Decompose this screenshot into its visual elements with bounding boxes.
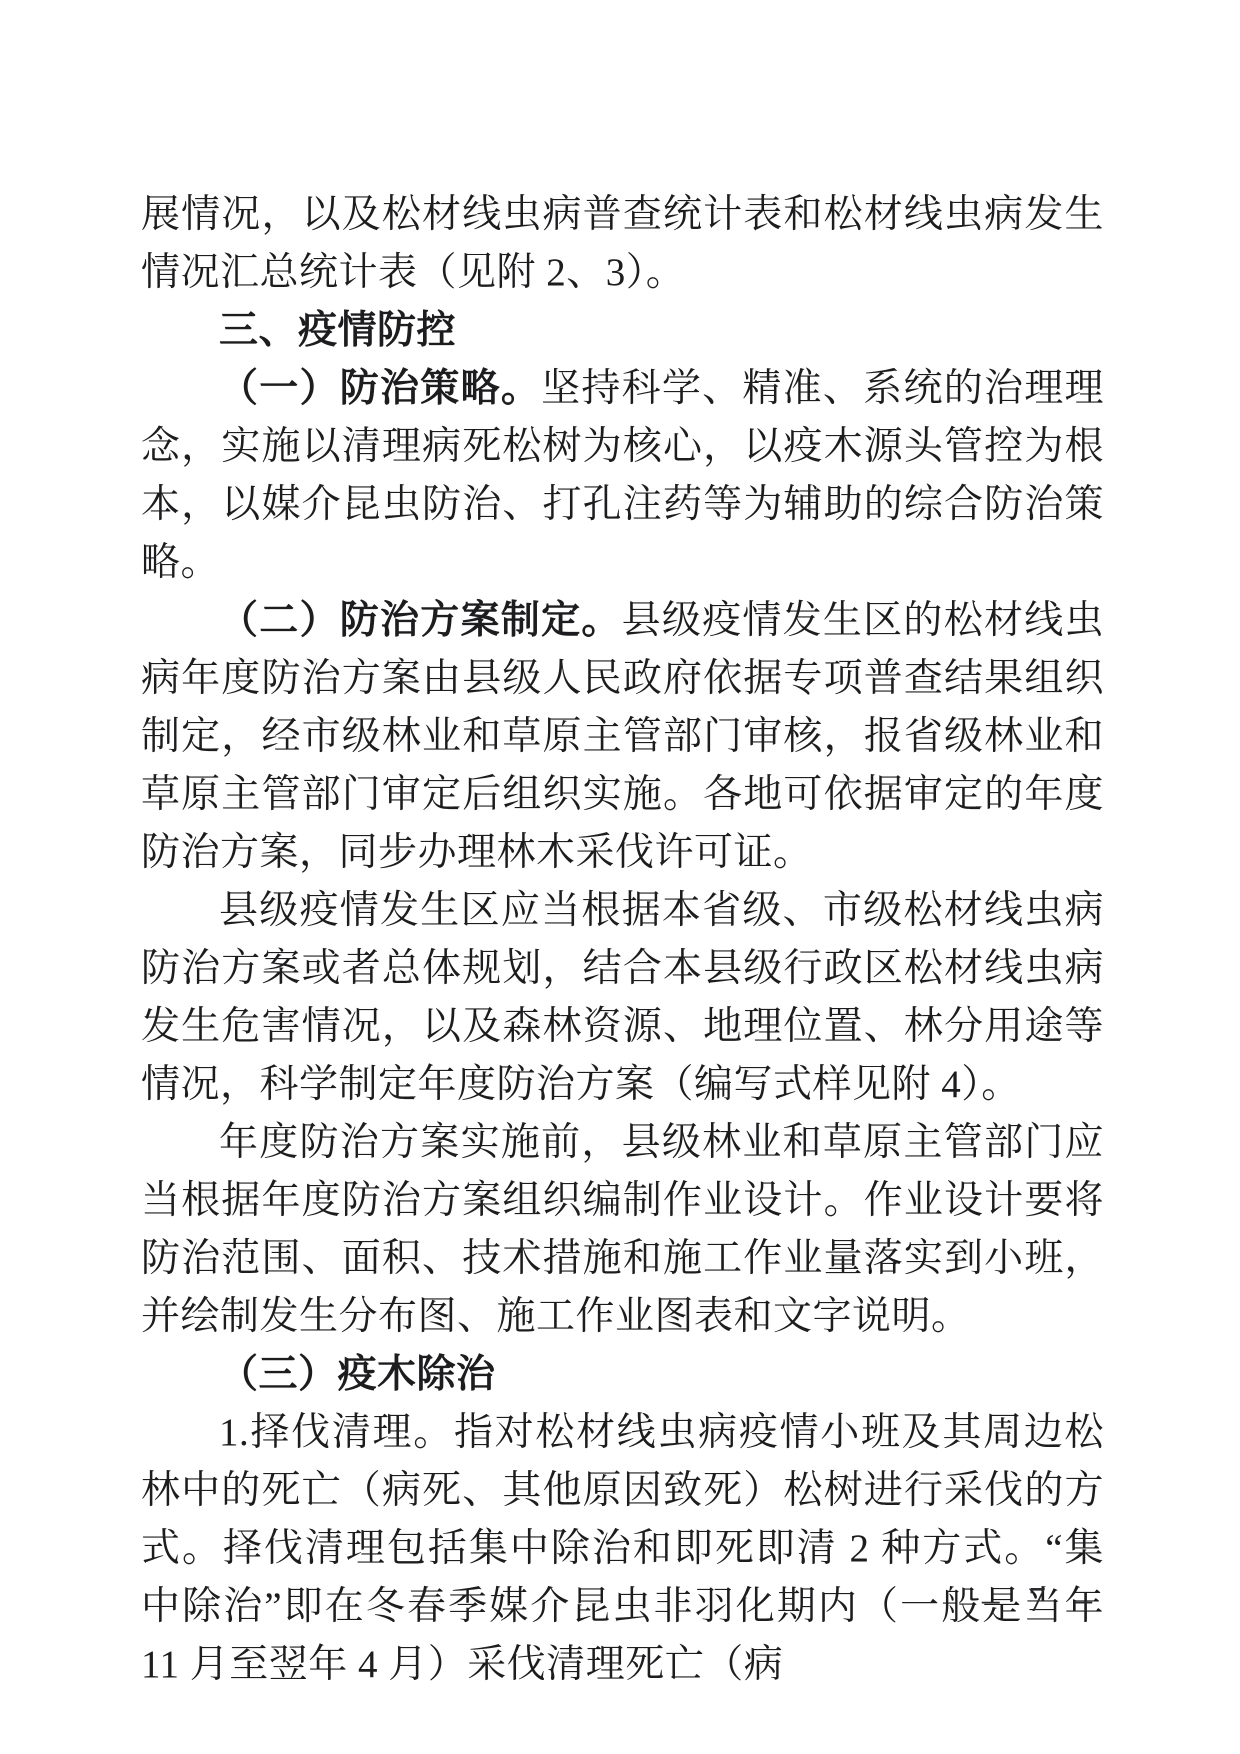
paragraph-operation-design: 年度防治方案实施前，县级林业和草原主管部门应当根据年度防治方案组织编制作业设计。… [141,1114,1104,1346]
page-number: – 7 – [982,1580,1102,1620]
paragraph-lead-control-strategy: （一）防治策略。 [219,367,541,410]
paragraph-continuation-statistics-tables: 展情况，以及松材线虫病普查统计表和松材线虫病发生情况汇总统计表（见附 2、3）。 [141,186,1104,302]
subsection-heading-infected-wood-removal: （三）疫木除治 [141,1346,1104,1404]
paragraph-plan-formulation: （二）防治方案制定。县级疫情发生区的松材线虫病年度防治方案由县级人民政府依据专项… [141,592,1104,882]
document-body: 展情况，以及松材线虫病普查统计表和松材线虫病发生情况汇总统计表（见附 2、3）。… [141,186,1104,1694]
document-page: 展情况，以及松材线虫病普查统计表和松材线虫病发生情况汇总统计表（见附 2、3）。… [0,0,1240,1754]
section-heading-epidemic-prevention-control: 三、疫情防控 [141,302,1104,360]
paragraph-lead-plan-formulation: （二）防治方案制定。 [219,599,622,642]
paragraph-county-annual-plan: 县级疫情发生区应当根据本省级、市级松材线虫病防治方案或者总体规划，结合本县级行政… [141,882,1104,1114]
paragraph-selective-cutting: 1.择伐清理。指对松材线虫病疫情小班及其周边松林中的死亡（病死、其他原因致死）松… [141,1404,1104,1694]
paragraph-control-strategy: （一）防治策略。坚持科学、精准、系统的治理理念，实施以清理病死松树为核心，以疫木… [141,360,1104,592]
